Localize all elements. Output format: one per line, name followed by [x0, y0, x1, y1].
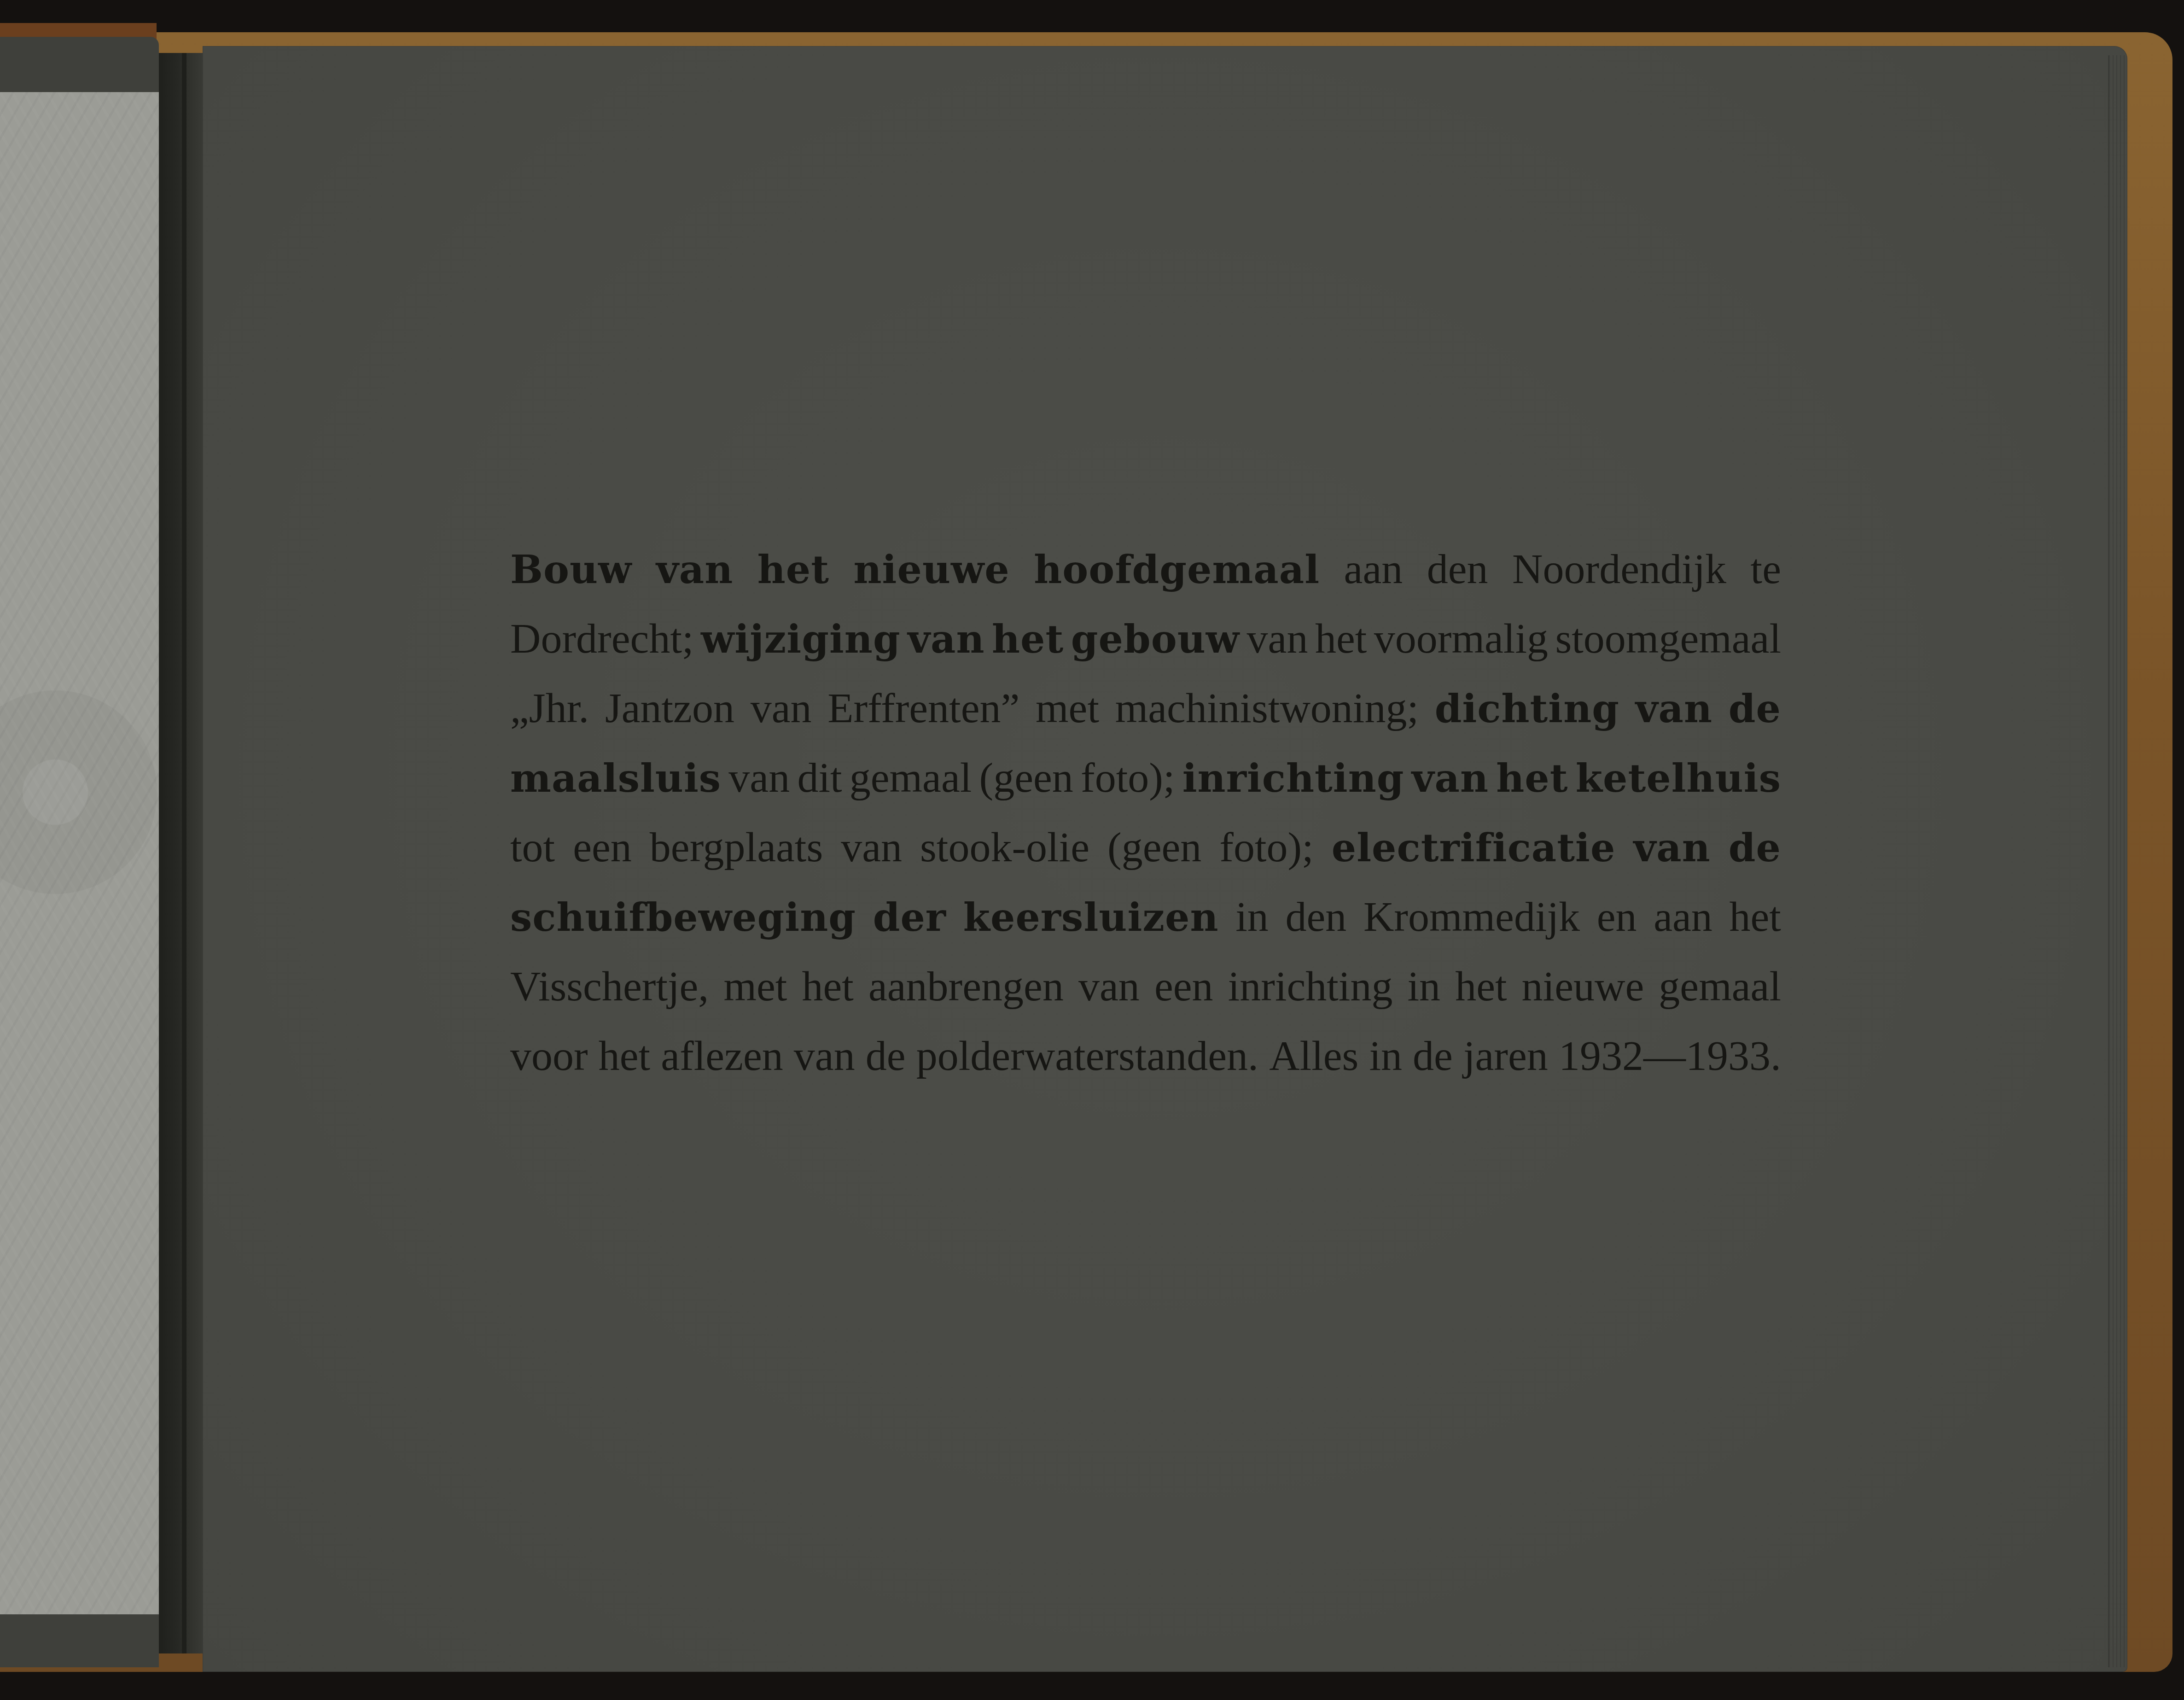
word: het: [1730, 882, 1781, 952]
bold-word: der: [873, 882, 946, 952]
word: stoomgemaal: [1555, 604, 1781, 673]
word: het: [599, 1021, 650, 1091]
word: en: [1597, 882, 1637, 952]
word: een: [1154, 952, 1213, 1021]
word: machinistwoning;: [1115, 673, 1419, 743]
bold-word: het: [757, 535, 829, 604]
word: van: [841, 812, 902, 882]
word: bergplaats: [650, 812, 823, 882]
bold-word: inrichting: [1182, 743, 1404, 813]
text-line: toteenbergplaatsvanstook-olie(geenfoto);…: [510, 812, 1781, 882]
bold-word: dichting: [1435, 674, 1619, 743]
word: jaren: [1463, 1021, 1548, 1091]
word: Krommedijk: [1363, 882, 1580, 952]
text-line: schuifbewegingderkeersluizenindenKrommed…: [510, 882, 1781, 952]
word: aan: [1344, 534, 1403, 604]
text-line: „Jhr.JantzonvanErffrenten”metmachinistwo…: [510, 673, 1781, 743]
bold-word: van: [656, 535, 733, 604]
word: foto);: [1081, 743, 1175, 812]
word: de: [866, 1021, 906, 1091]
word: voormalig: [1374, 604, 1548, 673]
word: voor: [510, 1021, 588, 1091]
bold-word: nieuwe: [854, 535, 1010, 604]
bold-word: het: [992, 604, 1064, 674]
bold-word: wijziging: [701, 604, 901, 674]
bold-word: de: [1729, 674, 1781, 743]
word: stook-olie: [920, 812, 1089, 882]
word: het: [802, 952, 853, 1021]
word: Alles: [1269, 1021, 1358, 1091]
word: „Jhr.: [510, 673, 589, 743]
word: gemaal: [850, 743, 972, 812]
word: aanbrengen: [868, 952, 1064, 1021]
word: den: [1427, 534, 1488, 604]
bold-word: maalsluis: [510, 743, 721, 813]
text-line: Dordrecht;wijzigingvanhetgebouwvanhetvoo…: [510, 604, 1781, 673]
bold-word: van: [1412, 743, 1489, 813]
paragraph: BouwvanhetnieuwehoofdgemaalaandenNoorden…: [510, 534, 1781, 1091]
word: Jantzon: [605, 673, 734, 743]
word: Visschertje,: [510, 952, 709, 1021]
word: (geen: [1107, 812, 1201, 882]
word: in: [1369, 1021, 1402, 1091]
bold-word: schuifbeweging: [510, 882, 856, 952]
word: met: [1036, 673, 1099, 743]
bold-word: de: [1729, 813, 1781, 882]
word: te: [1751, 534, 1781, 604]
word: inrichting: [1228, 952, 1393, 1021]
bold-word: gebouw: [1071, 604, 1240, 674]
bold-word: van: [1636, 674, 1712, 743]
bold-word: hoofdgemaal: [1034, 535, 1320, 604]
word: een: [573, 812, 632, 882]
word: aflezen: [661, 1021, 783, 1091]
text-line: BouwvanhetnieuwehoofdgemaalaandenNoorden…: [510, 534, 1781, 604]
bold-word: van: [1633, 813, 1710, 882]
text-line: voorhetaflezenvandepolderwaterstanden.Al…: [510, 1021, 1781, 1091]
word: de: [1413, 1021, 1453, 1091]
bold-word: het: [1496, 743, 1568, 813]
word: in: [1407, 952, 1440, 1021]
bold-word: electrificatie: [1332, 813, 1616, 882]
word: het: [1455, 952, 1507, 1021]
word: met: [723, 952, 787, 1021]
word: van: [1078, 952, 1140, 1021]
gutter-fold-line: [182, 53, 186, 1653]
page-edge-stack: [2108, 55, 2127, 1667]
tissue-page-texture: [0, 92, 159, 1614]
word: aan: [1654, 882, 1712, 952]
word: van: [751, 673, 812, 743]
tissue-interleaf-page: [0, 37, 159, 1667]
word: Noordendijk: [1512, 534, 1726, 604]
word: het: [1315, 604, 1367, 673]
word: Dordrecht;: [510, 604, 694, 673]
word: polderwaterstanden.: [916, 1021, 1258, 1091]
word: in: [1235, 882, 1269, 952]
text-line: Visschertje,methetaanbrengenvaneeninrich…: [510, 952, 1781, 1021]
word: (geen: [979, 743, 1073, 812]
bold-word: ketelhuis: [1576, 743, 1781, 813]
word: 1932—1933.: [1559, 1021, 1781, 1091]
text-line: maalsluisvanditgemaal(geenfoto);inrichti…: [510, 743, 1781, 812]
word: van: [728, 743, 790, 812]
word: den: [1285, 882, 1346, 952]
word: dit: [797, 743, 842, 812]
word: foto);: [1219, 812, 1313, 882]
word: nieuwe: [1522, 952, 1644, 1021]
word: tot: [510, 812, 555, 882]
word: van: [1247, 604, 1308, 673]
bold-word: van: [908, 604, 984, 674]
bold-word: keersluizen: [963, 882, 1219, 952]
word: Erffrenten”: [827, 673, 1019, 743]
bold-word: Bouw: [510, 535, 632, 604]
word: gemaal: [1659, 952, 1781, 1021]
word: van: [794, 1021, 855, 1091]
